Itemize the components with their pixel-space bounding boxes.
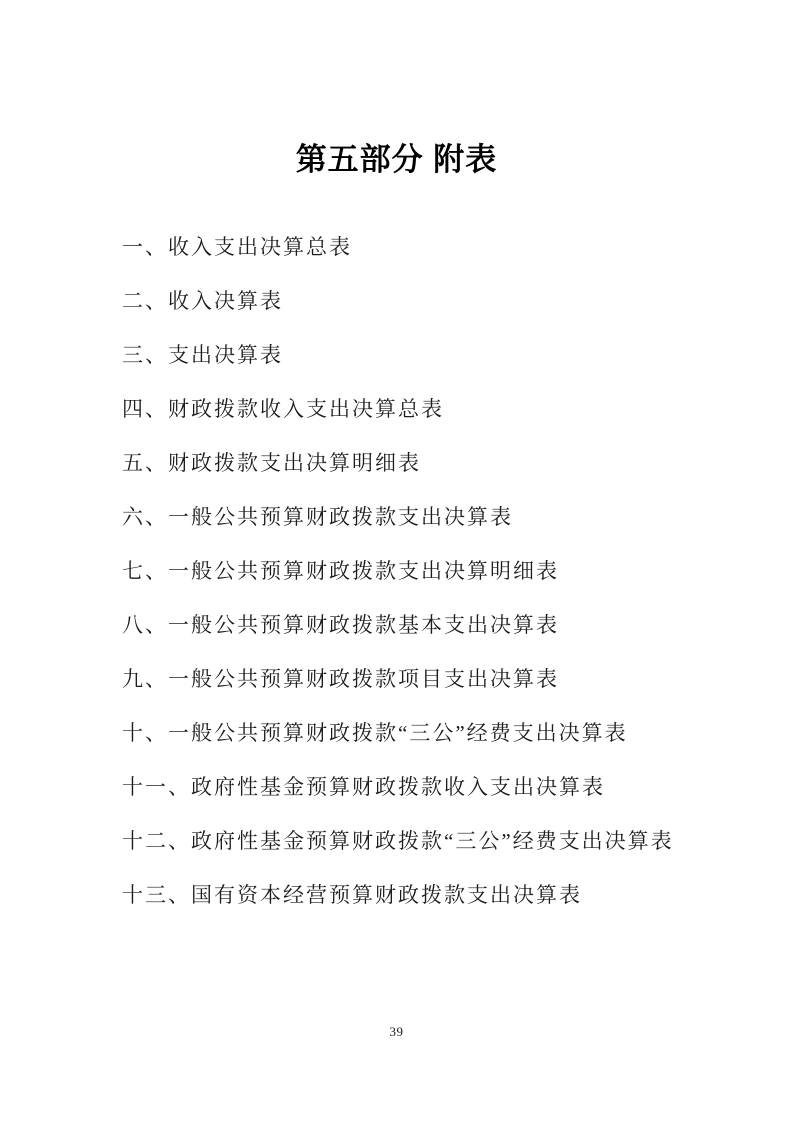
list-item: 七、一般公共预算财政拨款支出决算明细表: [122, 561, 733, 582]
appendix-table-list: 一、收入支出决算总表 二、收入决算表 三、支出决算表 四、财政拨款收入支出决算总…: [122, 237, 733, 939]
list-item: 五、财政拨款支出决算明细表: [122, 453, 733, 474]
page-title: 第五部分 附表: [0, 134, 793, 179]
list-item: 十、一般公共预算财政拨款“三公”经费支出决算表: [122, 723, 733, 744]
page-number: 39: [0, 1024, 793, 1040]
list-item: 十三、国有资本经营预算财政拨款支出决算表: [122, 885, 733, 906]
list-item: 一、收入支出决算总表: [122, 237, 733, 258]
list-item: 三、支出决算表: [122, 345, 733, 366]
list-item: 八、一般公共预算财政拨款基本支出决算表: [122, 615, 733, 636]
list-item: 十二、政府性基金预算财政拨款“三公”经费支出决算表: [122, 831, 733, 852]
list-item: 十一、政府性基金预算财政拨款收入支出决算表: [122, 777, 733, 798]
list-item: 四、财政拨款收入支出决算总表: [122, 399, 733, 420]
list-item: 九、一般公共预算财政拨款项目支出决算表: [122, 669, 733, 690]
document-page: 第五部分 附表 一、收入支出决算总表 二、收入决算表 三、支出决算表 四、财政拨…: [0, 0, 793, 1122]
list-item: 六、一般公共预算财政拨款支出决算表: [122, 507, 733, 528]
list-item: 二、收入决算表: [122, 291, 733, 312]
